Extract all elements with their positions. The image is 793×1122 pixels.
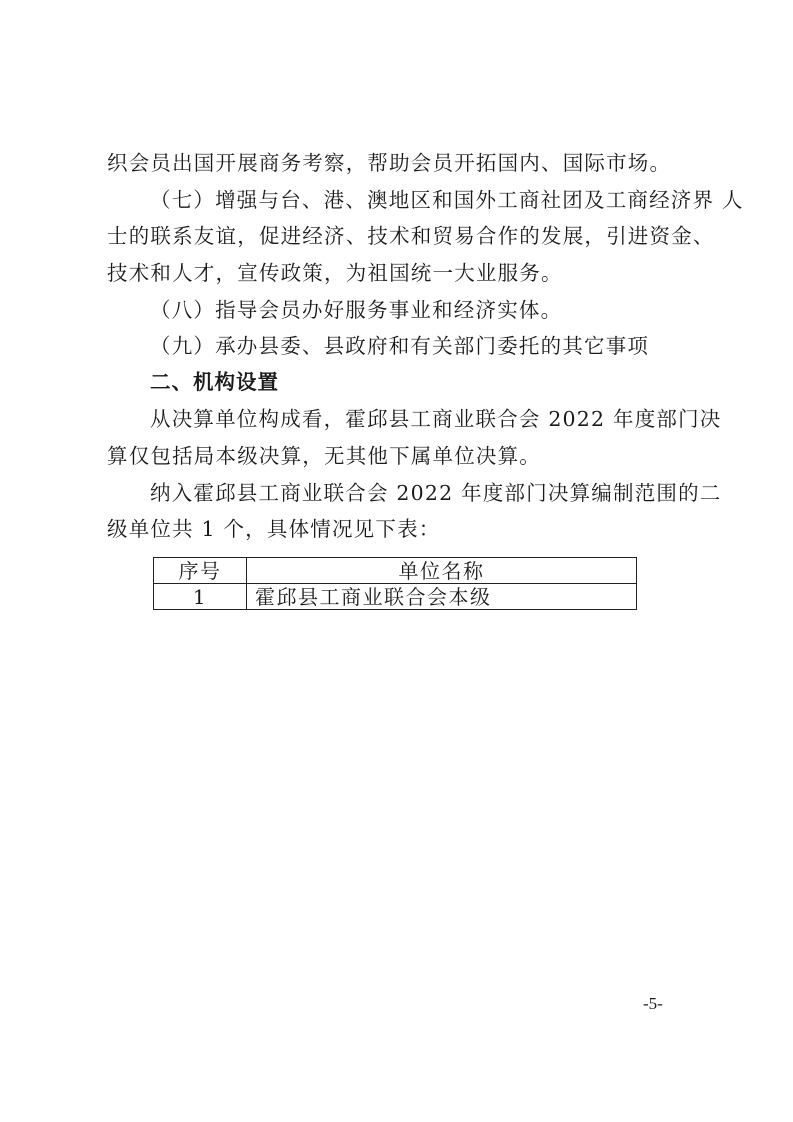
paragraph-line: （七）增强与台、港、澳地区和国外工商社团及工商经济界 人 (150, 188, 740, 212)
header-cell-unit-name: 单位名称 (247, 558, 637, 584)
units-table: 序号 单位名称 1 霍邱县工商业联合会本级 (153, 557, 637, 610)
paragraph-line: （八）指导会员办好服务事业和经济实体。 (150, 298, 740, 322)
paragraph-line: 纳入霍邱县工商业联合会 2022 年度部门决算编制范围的二 (150, 481, 740, 505)
paragraph-line: 织会员出国开展商务考察，帮助会员开拓国内、国际市场。 (107, 151, 697, 175)
section-heading: 二、机构设置 (150, 370, 740, 394)
paragraph-line: （九）承办县委、县政府和有关部门委托的其它事项 (150, 334, 740, 358)
cell-unit-name: 霍邱县工商业联合会本级 (247, 584, 637, 610)
header-cell-index: 序号 (154, 558, 247, 584)
page-number: -5- (643, 994, 663, 1014)
paragraph-line: 算仅包括局本级决算，无其他下属单位决算。 (107, 444, 697, 468)
table-header-row: 序号 单位名称 (154, 558, 637, 584)
paragraph-line: 士的联系友谊，促进经济、技术和贸易合作的发展，引进资金、 (107, 224, 697, 248)
cell-index: 1 (154, 584, 247, 610)
table-row: 1 霍邱县工商业联合会本级 (154, 584, 637, 610)
paragraph-line: 级单位共 1 个，具体情况见下表： (107, 517, 697, 541)
paragraph-line: 从决算单位构成看，霍邱县工商业联合会 2022 年度部门决 (150, 407, 740, 431)
paragraph-line: 技术和人才，宣传政策，为祖国统一大业服务。 (107, 261, 697, 285)
